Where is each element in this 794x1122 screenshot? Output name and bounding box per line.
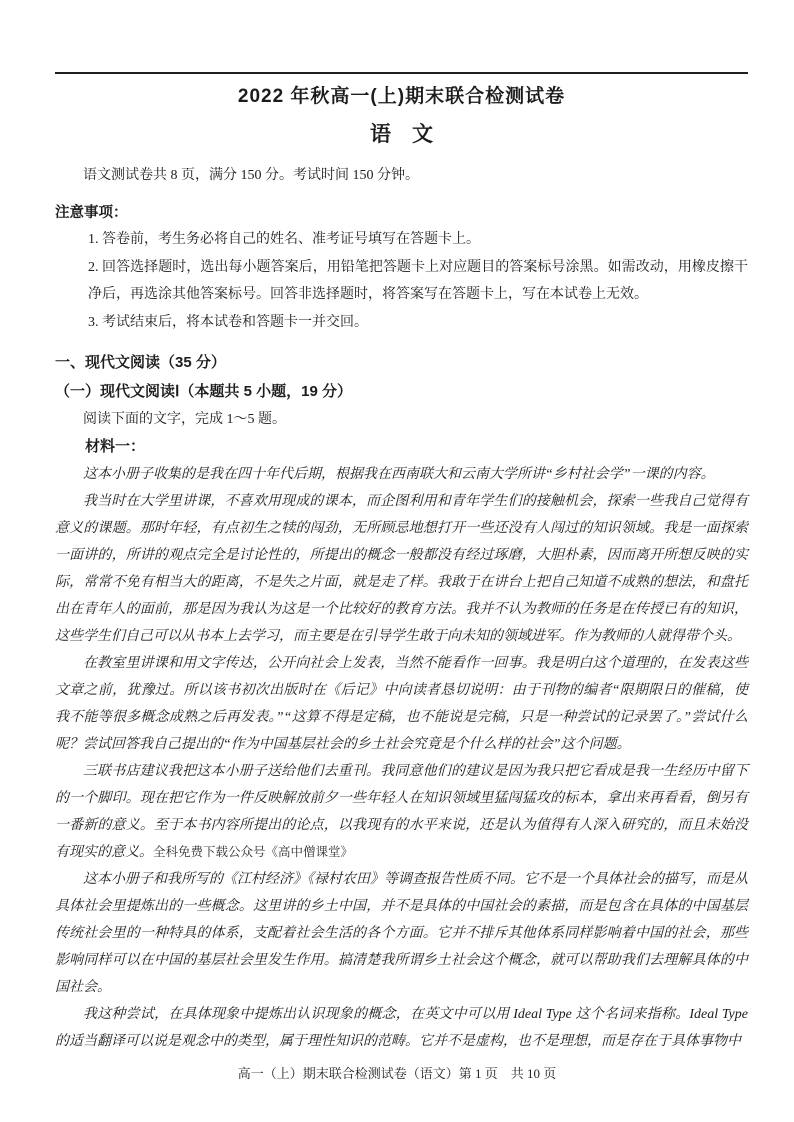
reading-instruction: 阅读下面的文字，完成 1～5 题。 bbox=[55, 406, 748, 433]
body-paragraph-3: 在教室里讲课和用文字传达，公开向社会上发表，当然不能看作一回事。我是明白这个道理… bbox=[55, 650, 748, 758]
body-paragraph-1: 这本小册子收集的是我在四十年代后期，根据我在西南联大和云南大学所讲“乡村社会学”… bbox=[55, 461, 748, 488]
body-paragraph-4: 三联书店建议我把这本小册子送给他们去重刊。我同意他们的建议是因为我只把它看成是我… bbox=[55, 758, 748, 866]
note-item-1: 1. 答卷前，考生务必将自己的姓名、准考证号填写在答题卡上。 bbox=[88, 226, 748, 254]
exam-paper-page: 2022 年秋高一(上)期末联合检测试卷 语 文 语文测试卷共 8 页，满分 1… bbox=[0, 0, 794, 1122]
section-subheading: （一）现代文阅读Ⅰ（本题共 5 小题，19 分） bbox=[55, 377, 748, 406]
note-item-3: 3. 考试结束后，将本试卷和答题卡一并交回。 bbox=[88, 309, 748, 337]
material-label: 材料一： bbox=[55, 433, 748, 461]
exam-title: 2022 年秋高一(上)期末联合检测试卷 bbox=[55, 84, 748, 110]
body-paragraph-2: 我当时在大学里讲课，不喜欢用现成的课本，而企图利用和青年学生们的接触机会，探索一… bbox=[55, 488, 748, 650]
exam-info-line: 语文测试卷共 8 页，满分 150 分。考试时间 150 分钟。 bbox=[55, 164, 748, 187]
note-item-2: 2. 回答选择题时，选出每小题答案后，用铅笔把答题卡上对应题目的答案标号涂黑。如… bbox=[88, 254, 748, 309]
notes-heading: 注意事项： bbox=[55, 200, 748, 226]
page-content: 2022 年秋高一(上)期末联合检测试卷 语 文 语文测试卷共 8 页，满分 1… bbox=[0, 72, 794, 1055]
page-footer: 高一（上）期末联合检测试卷（语文）第 1 页 共 10 页 bbox=[0, 1063, 794, 1082]
header-rule bbox=[55, 72, 748, 74]
watermark-text: 全科免费下载公众号《高中僧课堂》 bbox=[153, 845, 353, 859]
section-heading: 一、现代文阅读（35 分） bbox=[55, 348, 748, 377]
body-paragraph-6: 我这种尝试，在具体现象中提炼出认识现象的概念，在英文中可以用 Ideal Typ… bbox=[55, 1001, 748, 1055]
exam-subject: 语 文 bbox=[55, 121, 748, 149]
body-paragraph-5: 这本小册子和我所写的《江村经济》《禄村农田》等调查报告性质不同。它不是一个具体社… bbox=[55, 866, 748, 1001]
